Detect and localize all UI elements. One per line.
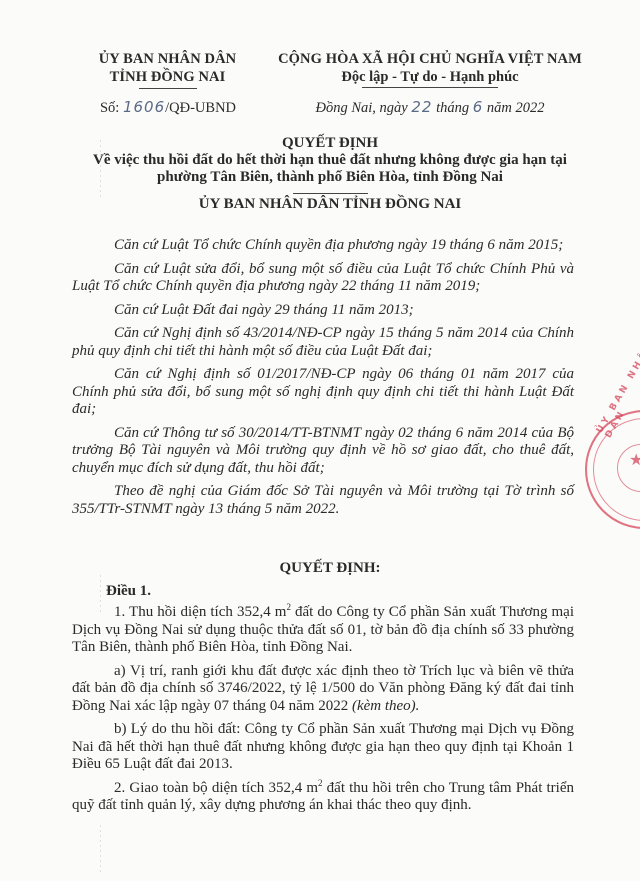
doc-number-handwritten: 1606 xyxy=(123,98,165,116)
article-1-title: Điều 1. xyxy=(106,583,151,600)
clause-1a: a) Vị trí, ranh giới khu đất được xác đị… xyxy=(72,663,574,716)
preamble-item: Căn cứ Nghị định số 01/2017/NĐ-CP ngày 0… xyxy=(72,366,574,419)
clause-1: 1. Thu hồi diện tích 352,4 m2 đất do Côn… xyxy=(72,604,574,657)
date-year: năm 2022 xyxy=(483,100,544,116)
motto-underline xyxy=(362,87,498,88)
document-title: QUYẾT ĐỊNH Về việc thu hồi đất do hết th… xyxy=(60,135,600,194)
title-divider xyxy=(293,193,368,194)
agency-underline xyxy=(139,88,197,89)
nation-motto: Độc lập - Tự do - Hạnh phúc xyxy=(256,68,604,86)
preamble-item: Theo đề nghị của Giám đốc Sở Tài nguyên … xyxy=(72,483,574,518)
clause-1a-note: (kèm theo). xyxy=(352,698,419,714)
subject-line1: Về việc thu hồi đất do hết thời hạn thuê… xyxy=(60,152,600,169)
agency-line2: TỈNH ĐỒNG NAI xyxy=(90,68,245,86)
clause-2: 2. Giao toàn bộ diện tích 352,4 m2 đất t… xyxy=(72,780,574,815)
clause-1-text: 1. Thu hồi diện tích 352,4 m xyxy=(114,604,286,620)
issuing-authority: ỦY BAN NHÂN DÂN TỈNH ĐỒNG NAI xyxy=(60,196,600,213)
date-month-label: tháng xyxy=(432,100,472,116)
document-page: ỦY BAN NHÂN DÂN TỈNH ĐỒNG NAI CỘNG HÒA X… xyxy=(0,0,640,881)
document-type: QUYẾT ĐỊNH xyxy=(60,135,600,152)
nation-name: CỘNG HÒA XÃ HỘI CHỦ NGHĨA VIỆT NAM xyxy=(256,50,604,68)
document-date: Đồng Nai, ngày 22 tháng 6 năm 2022 xyxy=(256,98,604,117)
preamble-item: Căn cứ Thông tư số 30/2014/TT-BTNMT ngày… xyxy=(72,425,574,478)
doc-number-suffix: /QĐ-UBND xyxy=(165,100,236,116)
preamble-item: Căn cứ Nghị định số 43/2014/NĐ-CP ngày 1… xyxy=(72,325,574,360)
preamble: Căn cứ Luật Tổ chức Chính quyền địa phươ… xyxy=(72,237,574,524)
clause-2-text: 2. Giao toàn bộ diện tích 352,4 m xyxy=(114,780,318,796)
date-place: Đồng Nai, ngày xyxy=(315,100,411,116)
doc-number-prefix: Số: xyxy=(100,100,123,116)
preamble-item: Căn cứ Luật sửa đổi, bổ sung một số điều… xyxy=(72,261,574,296)
national-motto: CỘNG HÒA XÃ HỘI CHỦ NGHĨA VIỆT NAM Độc l… xyxy=(256,50,604,88)
subject-line2: phường Tân Biên, thành phố Biên Hòa, tỉn… xyxy=(60,169,600,186)
clause-1b: b) Lý do thu hồi đất: Công ty Cổ phần Sả… xyxy=(72,721,574,774)
decision-heading: QUYẾT ĐỊNH: xyxy=(60,560,600,577)
star-icon: ★ xyxy=(629,450,640,470)
date-day-handwritten: 22 xyxy=(411,98,432,116)
issuing-agency: ỦY BAN NHÂN DÂN TỈNH ĐỒNG NAI xyxy=(90,50,245,89)
agency-line1: ỦY BAN NHÂN DÂN xyxy=(90,50,245,68)
preamble-item: Căn cứ Luật Đất đai ngày 29 tháng 11 năm… xyxy=(72,302,574,320)
preamble-item: Căn cứ Luật Tổ chức Chính quyền địa phươ… xyxy=(72,237,574,255)
document-number: Số: 1606/QĐ-UBND xyxy=(88,98,248,117)
official-seal: ỦY BAN NHÂN DÂN ★ xyxy=(585,410,640,529)
article-1-body: 1. Thu hồi diện tích 352,4 m2 đất do Côn… xyxy=(72,604,574,821)
seal-text: ỦY BAN NHÂN DÂN xyxy=(595,337,640,440)
clause-1a-text: a) Vị trí, ranh giới khu đất được xác đị… xyxy=(72,663,574,714)
date-month-handwritten: 6 xyxy=(473,98,484,116)
scan-artifact xyxy=(100,825,101,875)
